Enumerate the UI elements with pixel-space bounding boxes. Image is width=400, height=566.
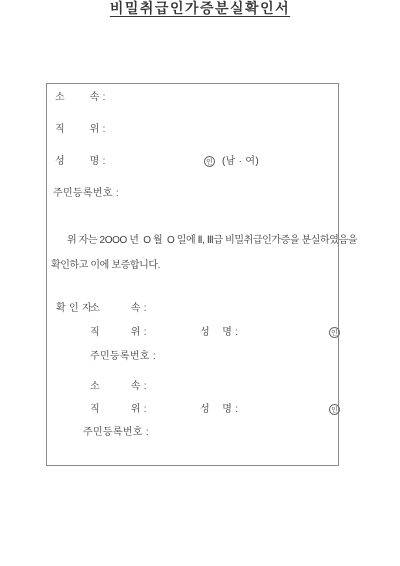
statement-line-1: 위 자는 2OOO 년 O 월 O 일에 Ⅱ, Ⅲ급 비밀취급인가증을 분실하였… — [67, 235, 357, 247]
confirmer2-resident-id-label: 주민등록번호 : — [83, 427, 149, 439]
subject-name-label: 성 명 : — [55, 156, 106, 168]
confirmer1-role-label: 확 인 자 — [56, 303, 92, 315]
subject-position-label: 직 위 : — [55, 124, 106, 136]
confirmer2-seal-mark: 인 — [329, 404, 340, 415]
confirmer1-resident-id-label: 주민등록번호 : — [90, 351, 156, 363]
confirmer2-position-label: 직 위 : — [90, 404, 147, 416]
confirmer2-affiliation-label: 소 속 : — [90, 381, 147, 393]
confirmer2-name-label: 성 명 : — [200, 404, 238, 416]
confirmer1-position-label: 직 위 : — [90, 327, 147, 339]
subject-seal-mark: 인 — [204, 156, 215, 167]
page-title: 비밀취급인가증분실확인서 — [0, 0, 400, 17]
subject-gender-options: (남 · 여) — [222, 156, 259, 168]
confirmer1-seal-mark: 인 — [329, 327, 340, 338]
confirmer1-affiliation-label: 소 속 : — [90, 303, 147, 315]
statement-line-2: 확인하고 이에 보증합니다. — [51, 260, 160, 272]
subject-affiliation-label: 소 속 : — [55, 92, 106, 104]
confirmer1-name-label: 성 명 : — [200, 327, 238, 339]
subject-resident-id-label: 주민등록번호 : — [53, 188, 119, 200]
